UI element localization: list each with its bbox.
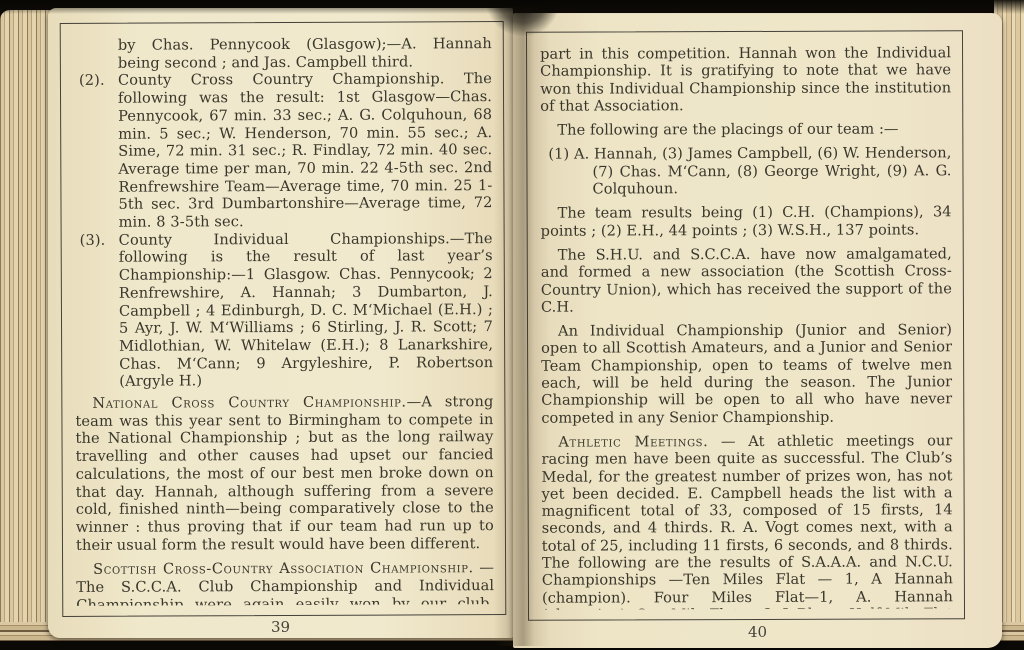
paragraph-athletic-meetings: Athletic Meetings. — At athletic meeting…	[541, 432, 953, 609]
paragraph-national-championship: National Cross Country Championship.—A s…	[75, 393, 494, 554]
paragraph-placings-intro: The following are the placings of our te…	[540, 120, 951, 139]
page-40-text-column: part in this competition. Hannah won the…	[540, 44, 953, 609]
paragraph-continuation: by Chas. Pennycook (Glasgow);—A. Hannah …	[118, 35, 492, 72]
list-marker: (3).	[80, 232, 106, 250]
page-39: by Chas. Pennycook (Glasgow);—A. Hannah …	[48, 8, 513, 638]
paragraph-text: — At athletic meetings our racing men ha…	[541, 432, 953, 609]
list-marker: (2).	[79, 72, 105, 90]
book-scan: by Chas. Pennycook (Glasgow);—A. Hannah …	[0, 0, 1024, 650]
page-39-text-column: by Chas. Pennycook (Glasgow);—A. Hannah …	[74, 35, 494, 606]
paragraph-scca-championship: Scottish Cross-Country Association Champ…	[76, 559, 494, 605]
paragraph-amalgamation: The S.H.U. and S.C.C.A. have now amalgam…	[541, 245, 952, 316]
page-number-39: 39	[48, 618, 513, 636]
list-item-text: County Individual Championships.—The fol…	[119, 230, 494, 390]
paragraph-new-championships: An Individual Championship (Junior and S…	[541, 321, 952, 426]
list-item-3: (3).County Individual Championships.—The…	[75, 230, 494, 391]
paragraph-team-results: The team results being (1) C.H. (Champio…	[541, 204, 952, 240]
section-heading: Athletic Meetings.	[558, 433, 708, 451]
list-item-2: (2).County Cross Country Championship. T…	[74, 70, 493, 231]
page-40-rule-frame: part in this competition. Hannah won the…	[526, 30, 965, 621]
paragraph-text: —A strong team was this year sent to Bir…	[75, 393, 494, 553]
section-heading: Scottish Cross-Country Association Champ…	[93, 560, 474, 579]
page-40: part in this competition. Hannah won the…	[513, 13, 1002, 648]
page-39-rule-frame: by Chas. Pennycook (Glasgow);—A. Hannah …	[60, 21, 507, 617]
list-item-text: County Cross Country Championship. The f…	[118, 70, 493, 230]
paragraph-continuation: part in this competition. Hannah won the…	[540, 44, 951, 115]
section-heading: National Cross Country Championship.	[92, 394, 406, 412]
page-number-40: 40	[513, 623, 1002, 641]
paragraph-team-placings: (1) A. Hannah, (3) James Campbell, (6) W…	[540, 145, 951, 198]
